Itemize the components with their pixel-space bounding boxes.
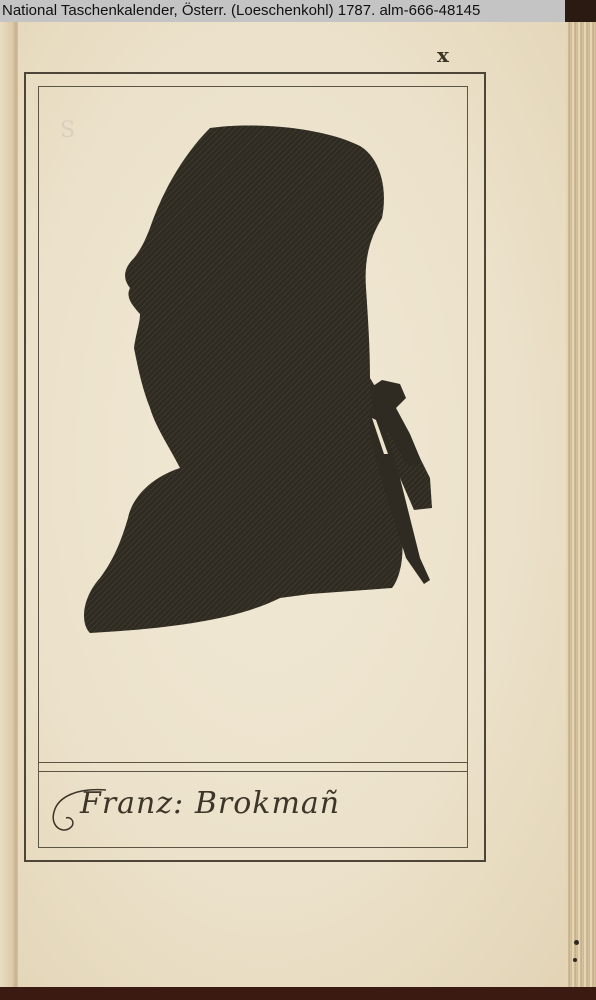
portrait-caption: Franz: Brokmañ [80, 774, 480, 834]
ink-dot [574, 940, 579, 945]
caption-rule-top [38, 762, 468, 763]
image-title-bar: National Taschenkalender, Österr. (Loesc… [0, 0, 567, 22]
ink-dot [573, 958, 577, 962]
title-bar-end [565, 0, 596, 22]
left-page-edge [0, 22, 20, 987]
plate-number: x [437, 43, 449, 67]
caption-rule-second [38, 771, 468, 772]
book-scan: x S Franz: Brokmañ [0, 0, 596, 1000]
page-stack-edge [566, 22, 596, 992]
silhouette-portrait [70, 118, 450, 648]
book-cover-shadow [0, 987, 596, 1000]
